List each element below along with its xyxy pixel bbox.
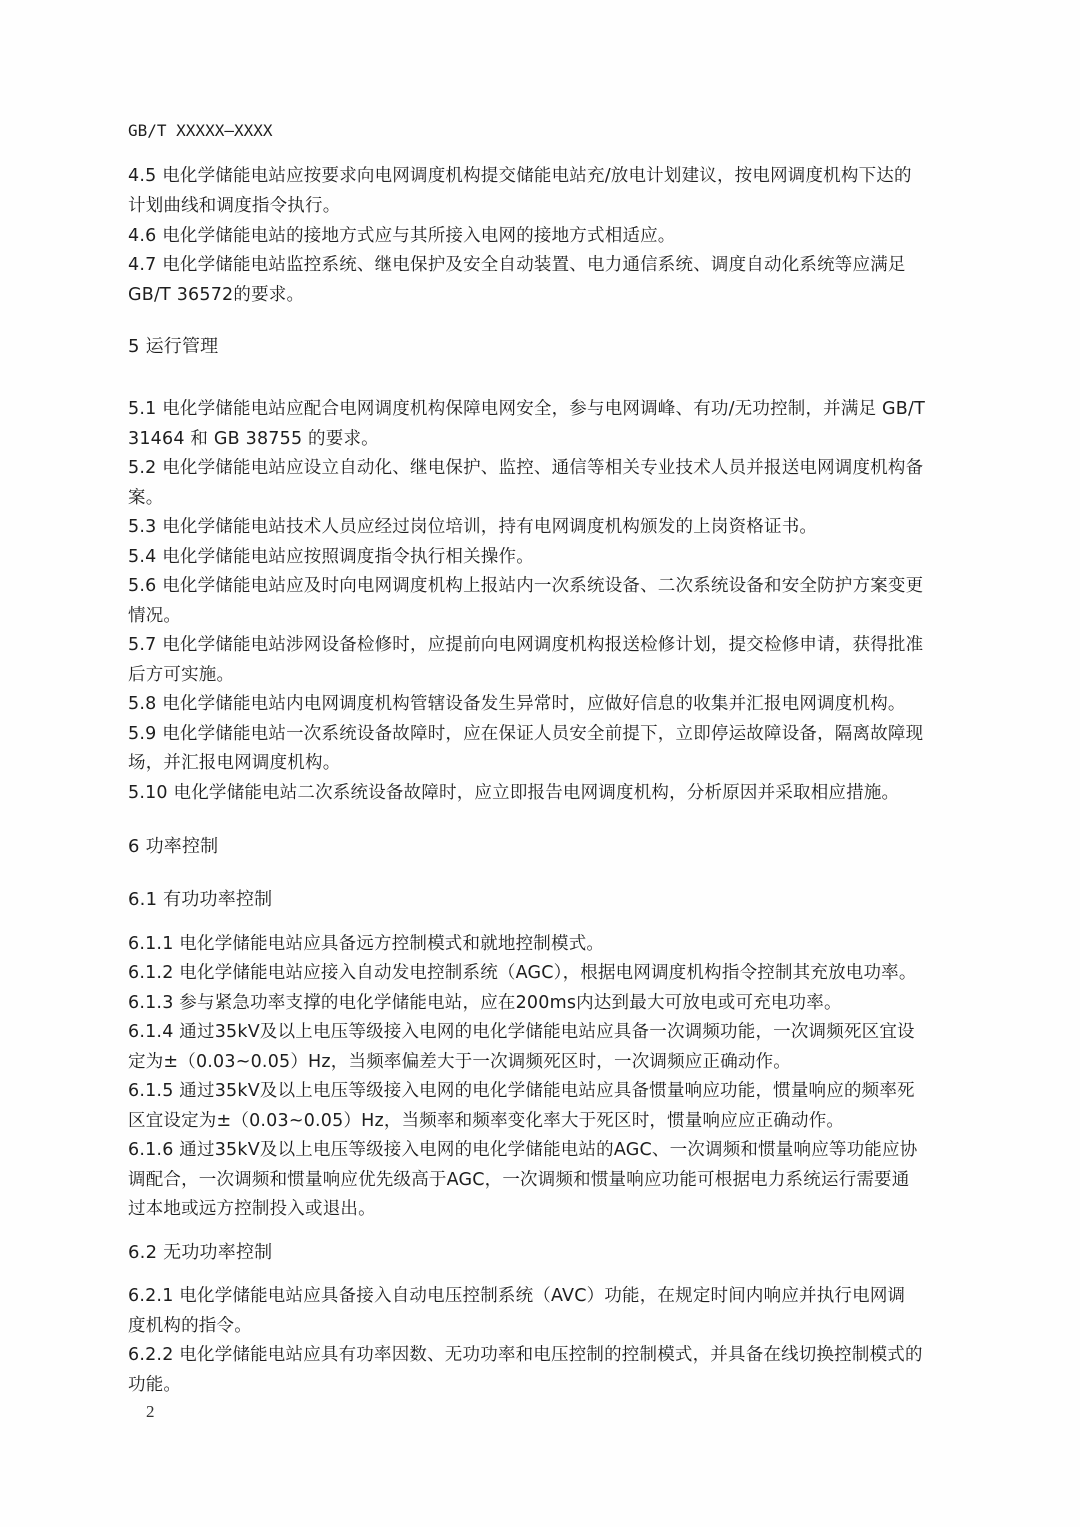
section-heading: 6.1 有功功率控制 [128,888,272,912]
text-line: 5.10 电化学储能电站二次系统设备故障时，应立即报告电网调度机构，分析原因并采… [128,781,899,805]
text-line: 6.1.3 参与紧急功率支撑的电化学储能电站，应在200ms内达到最大可放电或可… [128,991,842,1015]
text-line: 5.2 电化学储能电站应设立自动化、继电保护、监控、通信等相关专业技术人员并报送… [128,456,923,480]
text-line: 5.3 电化学储能电站技术人员应经过岗位培训，持有电网调度机构颁发的上岗资格证书… [128,515,817,539]
text-line: 4.5 电化学储能电站应按要求向电网调度机构提交储能电站充/放电计划建议，按电网… [128,164,912,188]
text-line: 5.4 电化学储能电站应按照调度指令执行相关操作。 [128,545,534,569]
text-line: 调配合，一次调频和惯量响应优先级高于AGC，一次调频和惯量响应功能可根据电力系统… [128,1168,909,1192]
text-line: 4.7 电化学储能电站监控系统、继电保护及安全自动装置、电力通信系统、调度自动化… [128,253,906,277]
text-line: 6.1.2 电化学储能电站应接入自动发电控制系统（AGC），根据电网调度机构指令… [128,961,917,985]
text-line: 定为±（0.03~0.05）Hz，当频率偏差大于一次调频死区时，一次调频应正确动… [128,1050,791,1074]
text-line: 功能。 [128,1373,181,1397]
text-line: 6.2.2 电化学储能电站应具有功率因数、无功功率和电压控制的控制模式，并具备在… [128,1343,923,1367]
text-line: 情况。 [128,604,181,628]
text-line: 5.6 电化学储能电站应及时向电网调度机构上报站内一次系统设备、二次系统设备和安… [128,574,923,598]
page-number: 2 [146,1402,155,1422]
text-line: 过本地或远方控制投入或退出。 [128,1197,376,1221]
text-line: 5.8 电化学储能电站内电网调度机构管辖设备发生异常时，应做好信息的收集并汇报电… [128,692,906,716]
text-line: 场，并汇报电网调度机构。 [128,751,340,775]
text-line: 6.1.6 通过35kV及以上电压等级接入电网的电化学储能电站的AGC、一次调频… [128,1138,917,1162]
section-heading: 6 功率控制 [128,835,218,859]
text-line: 31464 和 GB 38755 的要求。 [128,427,379,451]
text-line: 后方可实施。 [128,663,234,687]
text-line: 计划曲线和调度指令执行。 [128,194,340,218]
text-line: 6.1.4 通过35kV及以上电压等级接入电网的电化学储能电站应具备一次调频功能… [128,1020,915,1044]
standard-code-header: GB/T XXXXX—XXXX [128,119,273,143]
section-heading: 5 运行管理 [128,335,218,359]
text-line: 4.6 电化学储能电站的接地方式应与其所接入电网的接地方式相适应。 [128,224,676,248]
text-line: 5.1 电化学储能电站应配合电网调度机构保障电网安全，参与电网调峰、有功/无功控… [128,397,925,421]
text-line: 6.1.5 通过35kV及以上电压等级接入电网的电化学储能电站应具备惯量响应功能… [128,1079,915,1103]
text-line: 度机构的指令。 [128,1314,252,1338]
text-line: 6.2.1 电化学储能电站应具备接入自动电压控制系统（AVC）功能，在规定时间内… [128,1284,905,1308]
text-line: GB/T 36572的要求。 [128,283,304,307]
text-line: 区宜设定为±（0.03~0.05）Hz，当频率和频率变化率大于死区时，惯量响应应… [128,1109,844,1133]
text-line: 案。 [128,486,163,510]
section-heading: 6.2 无功功率控制 [128,1241,272,1265]
document-page: GB/T XXXXX—XXXX4.5 电化学储能电站应按要求向电网调度机构提交储… [0,0,1080,1527]
text-line: 6.1.1 电化学储能电站应具备远方控制模式和就地控制模式。 [128,932,604,956]
text-line: 5.9 电化学储能电站一次系统设备故障时，应在保证人员安全前提下，立即停运故障设… [128,722,923,746]
text-line: 5.7 电化学储能电站涉网设备检修时，应提前向电网调度机构报送检修计划，提交检修… [128,633,923,657]
